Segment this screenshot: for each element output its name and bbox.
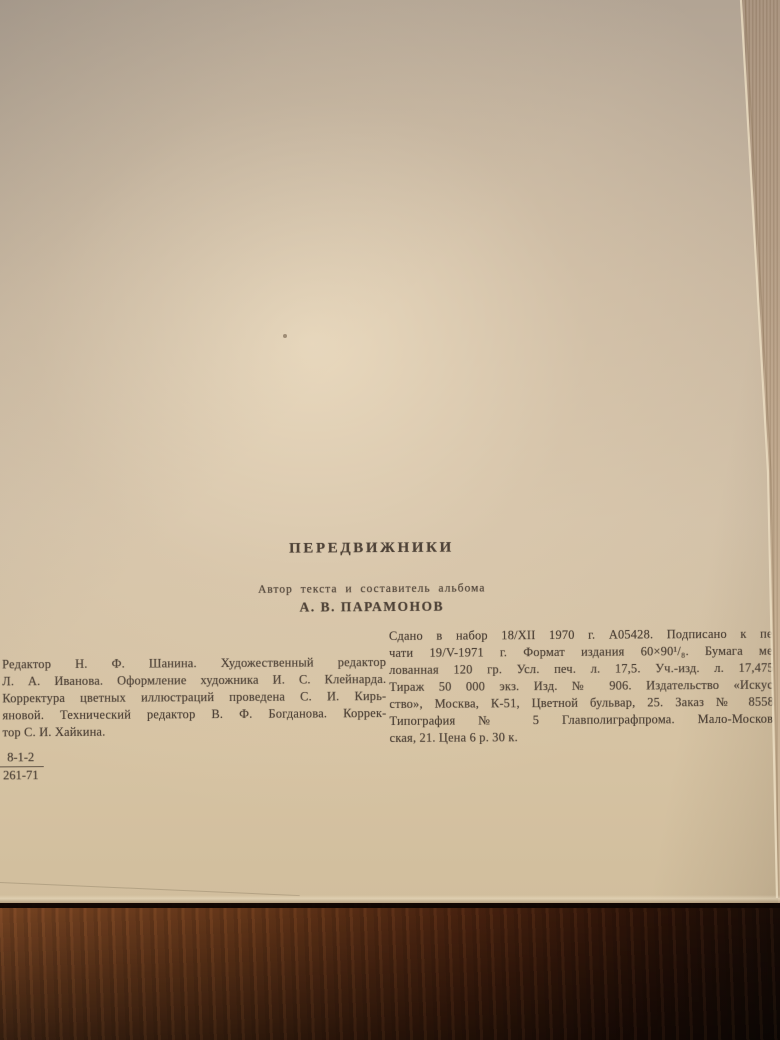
book-colophon-photo: ПЕРЕДВИЖНИКИ Автор текста и составитель … xyxy=(0,0,780,1040)
page-edge-highlight xyxy=(0,0,780,1040)
wooden-table-surface xyxy=(0,903,780,1040)
page-bottom-edge xyxy=(0,895,780,903)
